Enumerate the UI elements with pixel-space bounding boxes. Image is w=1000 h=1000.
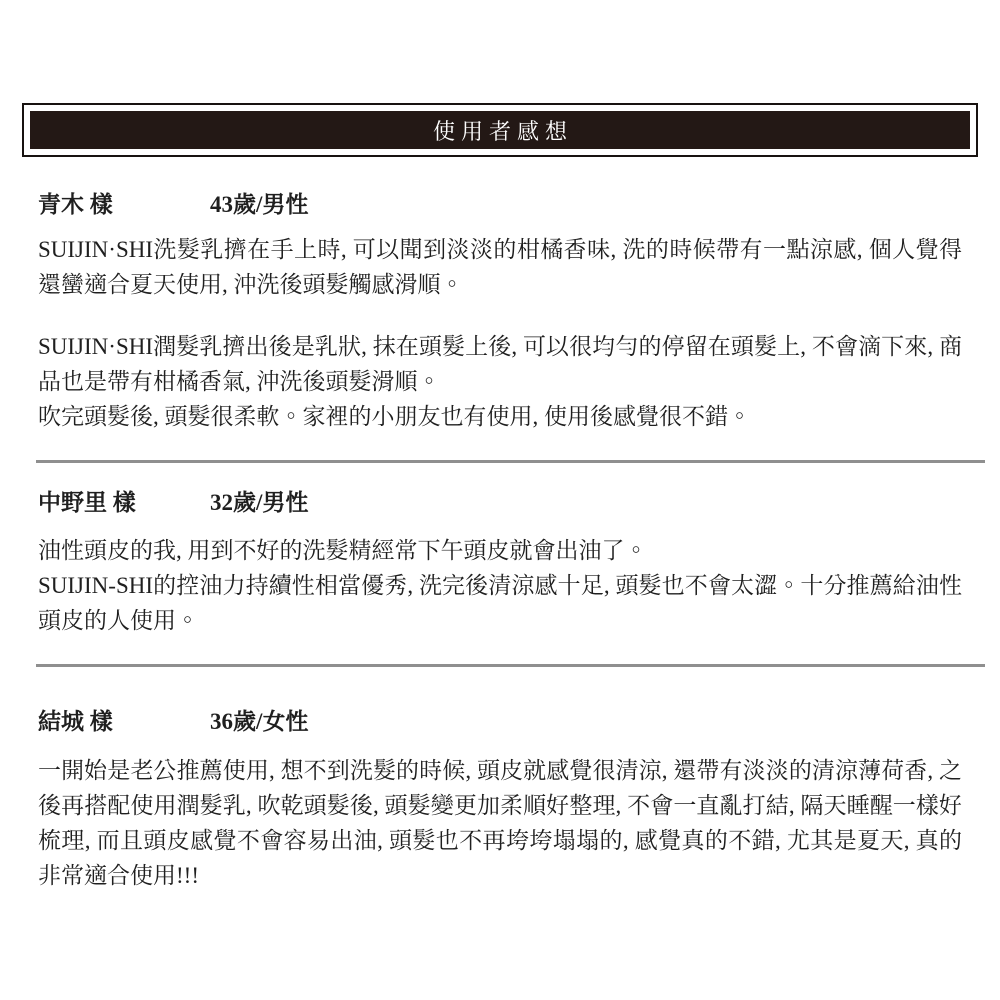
review-line: 吹完頭髮後, 頭髮很柔軟。家裡的小朋友也有使用, 使用後感覺很不錯。 xyxy=(38,399,962,434)
page-title: 使用者感想 xyxy=(427,115,573,146)
content-column: 中野里 樣 32歲/男性 油性頭皮的我, 用到不好的洗髮精經常下午頭皮就會出油了… xyxy=(38,488,962,638)
testimonial-section-1: 青木 樣 43歲/男性 SUIJIN·SHI洗髮乳擠在手上時, 可以聞到淡淡的柑… xyxy=(38,190,962,434)
review-line: SUIJIN·SHI潤髮乳擠出後是乳狀, 抹在頭髮上後, 可以很均勻的停留在頭髮… xyxy=(38,329,962,399)
reviewer-row: 結城 樣 36歲/女性 xyxy=(38,707,962,736)
header-box: 使用者感想 xyxy=(22,103,978,157)
reviewer-name: 青木 樣 xyxy=(38,190,210,219)
reviewer-age: 32歲/男性 xyxy=(210,488,308,517)
reviewer-name: 中野里 樣 xyxy=(38,488,210,517)
reviewer-row: 青木 樣 43歲/男性 xyxy=(38,190,962,219)
review-line: SUIJIN·SHI洗髮乳擠在手上時, 可以聞到淡淡的柑橘香味, 洗的時候帶有一… xyxy=(38,232,962,302)
content-column: 青木 樣 43歲/男性 SUIJIN·SHI洗髮乳擠在手上時, 可以聞到淡淡的柑… xyxy=(38,190,962,434)
reviewer-age: 36歲/女性 xyxy=(210,707,308,736)
review-line: 一開始是老公推薦使用, 想不到洗髮的時候, 頭皮就感覺很清涼, 還帶有淡淡的清涼… xyxy=(38,753,962,893)
reviewer-name: 結城 樣 xyxy=(38,707,210,736)
review-paragraph: SUIJIN·SHI潤髮乳擠出後是乳狀, 抹在頭髮上後, 可以很均勻的停留在頭髮… xyxy=(38,329,962,434)
review-paragraph: 油性頭皮的我, 用到不好的洗髮精經常下午頭皮就會出油了。 SUIJIN-SHI的… xyxy=(38,533,962,638)
review-line: 油性頭皮的我, 用到不好的洗髮精經常下午頭皮就會出油了。 xyxy=(38,533,962,568)
review-paragraph: SUIJIN·SHI洗髮乳擠在手上時, 可以聞到淡淡的柑橘香味, 洗的時候帶有一… xyxy=(38,232,962,302)
testimonial-section-3: 結城 樣 36歲/女性 一開始是老公推薦使用, 想不到洗髮的時候, 頭皮就感覺很… xyxy=(38,707,962,893)
header-bar: 使用者感想 xyxy=(30,111,970,149)
page-root: 使用者感想 青木 樣 43歲/男性 SUIJIN·SHI洗髮乳擠在手上時, 可以… xyxy=(0,0,1000,1000)
section-divider xyxy=(36,460,985,463)
review-line: SUIJIN-SHI的控油力持續性相當優秀, 洗完後清涼感十足, 頭髮也不會太澀… xyxy=(38,568,962,638)
reviewer-age: 43歲/男性 xyxy=(210,190,308,219)
section-divider xyxy=(36,664,985,667)
content-column: 結城 樣 36歲/女性 一開始是老公推薦使用, 想不到洗髮的時候, 頭皮就感覺很… xyxy=(38,707,962,893)
review-paragraph: 一開始是老公推薦使用, 想不到洗髮的時候, 頭皮就感覺很清涼, 還帶有淡淡的清涼… xyxy=(38,753,962,893)
testimonial-section-2: 中野里 樣 32歲/男性 油性頭皮的我, 用到不好的洗髮精經常下午頭皮就會出油了… xyxy=(38,488,962,638)
reviewer-row: 中野里 樣 32歲/男性 xyxy=(38,488,962,517)
